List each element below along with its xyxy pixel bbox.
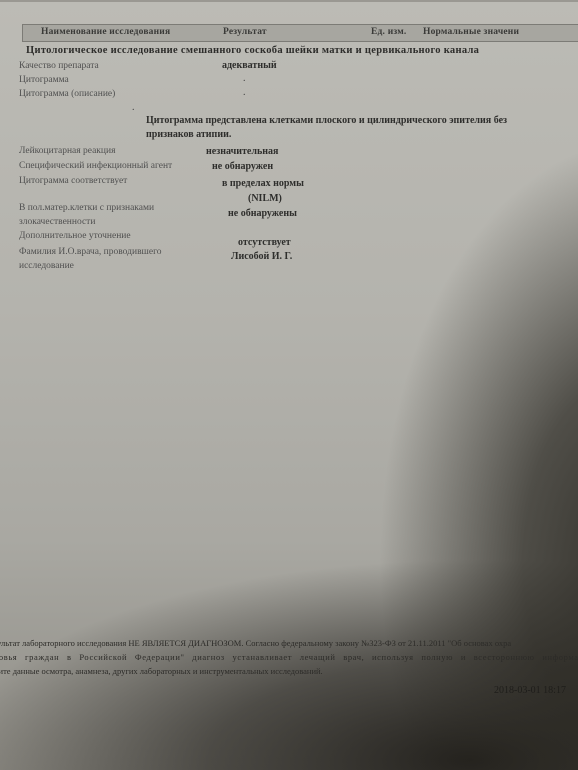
row-label-sample-quality: Качество препарата <box>19 60 99 72</box>
header-units: Ед. изм. <box>371 27 407 37</box>
row-label-infection-agent: Специфический инфекционный агент <box>19 160 172 172</box>
row-label-cytogram: Цитограмма <box>19 74 69 86</box>
row-value-nilm: (NILM) <box>248 192 282 205</box>
cytogram-description-text: Цитограмма представлена клетками плоског… <box>146 114 546 142</box>
row-label-malignant-cells: В пол.матер.клетки с признаками <box>19 202 154 214</box>
row-value-sample-quality: адекватный <box>222 59 277 72</box>
row-label-leukocyte-reaction: Лейкоцитарная реакция <box>19 145 115 157</box>
row-value-cytogram: . <box>243 73 246 84</box>
section-title: Цитологическое исследование смешанного с… <box>26 45 479 56</box>
row-value-malignant-cells: не обнаружены <box>228 207 297 220</box>
top-edge-line <box>0 0 578 2</box>
row-value-cytogram-description: . <box>243 87 246 98</box>
row-label-doctor: Фамилия И.О.врача, проводившего <box>19 246 162 258</box>
row-label-doctor-cont: исследование <box>19 260 74 272</box>
row-label-additional-clarification: Дополнительное уточнение <box>19 230 131 242</box>
row-label-cytogram-description: Цитограмма (описание) <box>19 88 115 100</box>
row-value-blank: . <box>132 102 135 113</box>
header-normal-values: Нормальные значени <box>423 27 519 37</box>
print-timestamp: 2018-03-01 18:17 <box>494 685 566 696</box>
header-result: Результат <box>223 27 267 37</box>
row-value-doctor: Лисобой И. Г. <box>231 250 292 263</box>
table-header: Наименование исследования Результат Ед. … <box>22 24 578 42</box>
disclaimer-line-3: ните данные осмотра, анамнеза, других ла… <box>0 664 578 678</box>
row-label-malignant-cells-cont: злокачественности <box>19 216 95 228</box>
disclaimer: зультат лабораторного исследования НЕ ЯВ… <box>0 636 578 678</box>
row-value-cytogram-corresponds: в пределах нормы <box>222 177 304 190</box>
row-value-additional-clarification: отсутствует <box>238 236 291 249</box>
row-label-cytogram-corresponds: Цитограмма соответствует <box>19 175 127 187</box>
row-value-leukocyte-reaction: незначительная <box>206 145 278 158</box>
row-value-infection-agent: не обнаружен <box>212 160 273 173</box>
disclaimer-line-2: ровья граждан в Российской Федерации" ди… <box>0 650 578 664</box>
header-name: Наименование исследования <box>41 27 170 37</box>
disclaimer-line-1: зультат лабораторного исследования НЕ ЯВ… <box>0 636 578 650</box>
